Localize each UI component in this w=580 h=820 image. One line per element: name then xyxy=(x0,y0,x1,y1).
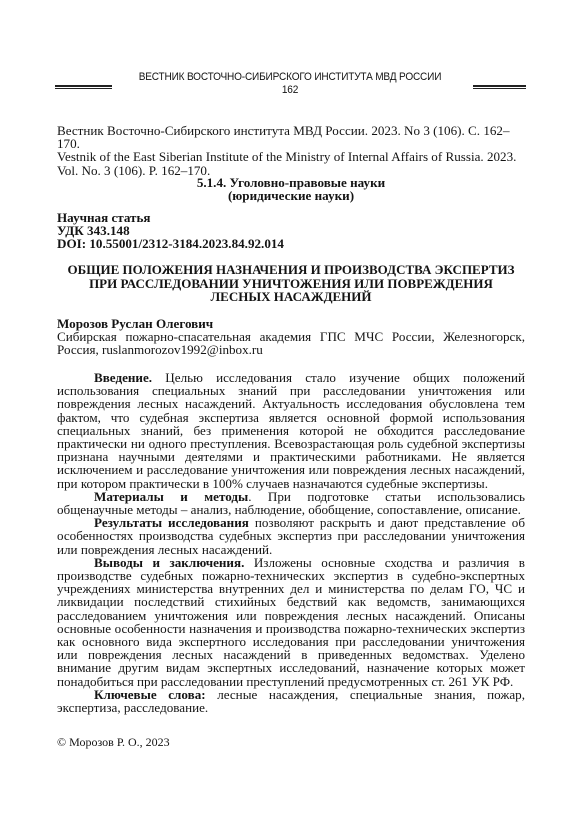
article-meta: Научная статья УДК 343.148 DOI: 10.55001… xyxy=(57,211,525,251)
doi: DOI: 10.55001/2312-3184.2023.84.92.014 xyxy=(57,237,525,250)
title-line-3: ЛЕСНЫХ НАСАЖДЕНИЙ xyxy=(57,290,525,304)
citation: Вестник Восточно-Сибирского института МВ… xyxy=(57,124,525,177)
abstract-conclusions: Выводы и заключения. Изложены основные с… xyxy=(57,556,525,688)
abstract-results: Результаты исследования позволяют раскры… xyxy=(57,516,525,556)
rubric-line-2: (юридические науки) xyxy=(57,189,525,202)
page-number: 162 xyxy=(29,84,551,97)
running-header: ВЕСТНИК ВОСТОЧНО-СИБИРСКОГО ИНСТИТУТА МВ… xyxy=(29,71,551,97)
abstract-keywords: Ключевые слова: лесные насаждения, специ… xyxy=(57,688,525,714)
abstract: Введение. Целью исследования стало изуче… xyxy=(57,371,525,714)
title-line-1: ОБЩИЕ ПОЛОЖЕНИЯ НАЗНАЧЕНИЯ И ПРОИЗВОДСТВ… xyxy=(57,263,525,277)
citation-ru: Вестник Восточно-Сибирского института МВ… xyxy=(57,124,525,150)
copyright: © Морозов Р. О., 2023 xyxy=(57,736,525,749)
author-block: Морозов Руслан Олегович Сибирская пожарн… xyxy=(57,317,525,357)
introduction-text: Целью исследования стало изучение общих … xyxy=(57,370,525,491)
conclusions-text: Изложены основные сходства и различия в … xyxy=(57,555,525,689)
abstract-methods: Материалы и методы. При подготовке стать… xyxy=(57,490,525,516)
journal-running-title: ВЕСТНИК ВОСТОЧНО-СИБИРСКОГО ИНСТИТУТА МВ… xyxy=(29,71,551,84)
author-affiliation: Сибирская пожарно-спасательная академия … xyxy=(57,330,525,356)
article-title: ОБЩИЕ ПОЛОЖЕНИЯ НАЗНАЧЕНИЯ И ПРОИЗВОДСТВ… xyxy=(57,263,525,304)
rubric: 5.1.4. Уголовно-правовые науки (юридичес… xyxy=(57,176,525,202)
abstract-introduction: Введение. Целью исследования стало изуче… xyxy=(57,371,525,490)
title-line-2: ПРИ РАССЛЕДОВАНИИ УНИЧТОЖЕНИЯ ИЛИ ПОВРЕЖ… xyxy=(57,277,525,291)
citation-en: Vestnik of the East Siberian Institute o… xyxy=(57,150,525,176)
